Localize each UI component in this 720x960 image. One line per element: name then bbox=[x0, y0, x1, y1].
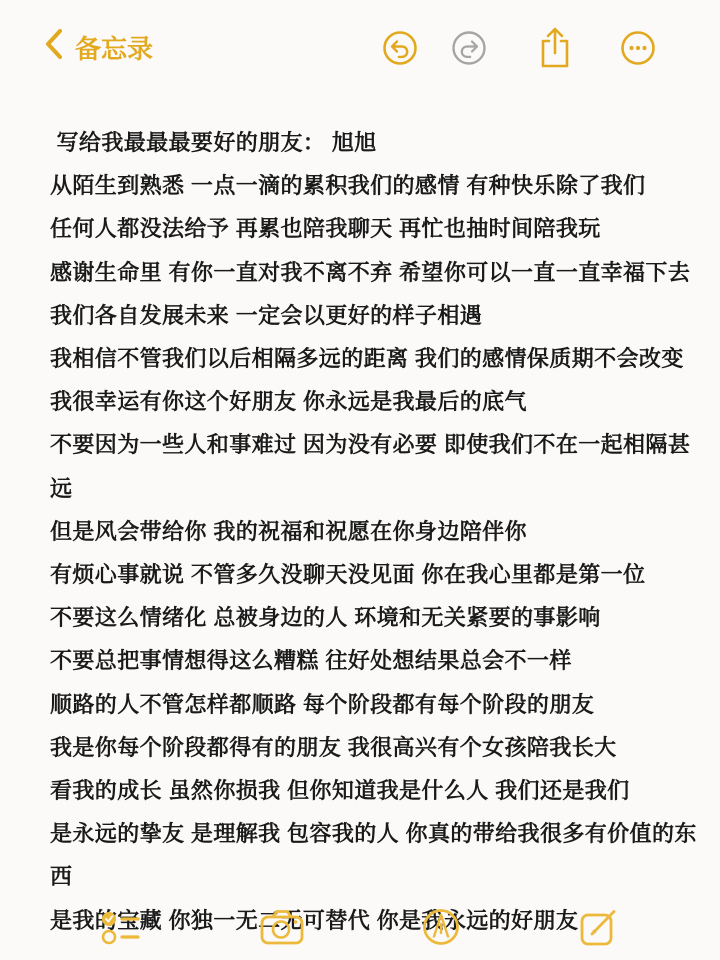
note-line: 不要总把事情想得这么糟糕 往好处想结果总会不一样 bbox=[50, 639, 712, 682]
note-line: 任何人都没法给予 再累也陪我聊天 再忙也抽时间陪我玩 bbox=[50, 207, 712, 250]
nav-bar: 备忘录 bbox=[0, 0, 720, 96]
undo-button[interactable] bbox=[381, 29, 419, 67]
note-line: 从陌生到熟悉 一点一滴的累积我们的感情 有种快乐除了我们 bbox=[50, 164, 712, 207]
note-title-line: 写给我最最最要好的朋友： 旭旭 bbox=[50, 121, 712, 164]
note-line: 不要因为一些人和事难过 因为没有必要 即使我们不在一起相隔甚远 bbox=[50, 423, 712, 509]
checklist-button[interactable] bbox=[100, 908, 142, 946]
share-icon bbox=[537, 26, 575, 70]
chevron-left-icon bbox=[44, 28, 63, 67]
camera-icon bbox=[259, 908, 305, 946]
note-line: 我们各自发展未来 一定会以更好的样子相遇 bbox=[50, 294, 712, 337]
camera-button[interactable] bbox=[259, 908, 305, 946]
bottom-toolbar bbox=[0, 894, 720, 960]
note-line: 看我的成长 虽然你损我 但你知道我是什么人 我们还是我们 bbox=[50, 769, 712, 812]
undo-icon bbox=[381, 29, 419, 67]
redo-button[interactable] bbox=[450, 29, 488, 67]
note-line: 我很幸运有你这个好朋友 你永远是我最后的底气 bbox=[50, 380, 712, 423]
note-line: 但是风会带给你 我的祝福和祝愿在你身边陪伴你 bbox=[50, 510, 712, 553]
note-line: 顺路的人不管怎样都顺路 每个阶段都有每个阶段的朋友 bbox=[50, 683, 712, 726]
note-text-area[interactable]: 写给我最最最要好的朋友： 旭旭 从陌生到熟悉 一点一滴的累积我们的感情 有种快乐… bbox=[0, 121, 720, 942]
more-ellipsis-icon bbox=[619, 29, 657, 67]
share-button[interactable] bbox=[537, 26, 575, 64]
compose-icon bbox=[578, 906, 620, 948]
markup-button[interactable] bbox=[421, 907, 461, 947]
note-line: 我是你每个阶段都得有的朋友 我很高兴有个女孩陪我长大 bbox=[50, 726, 712, 769]
note-line: 不要这么情绪化 总被身边的人 环境和无关紧要的事影响 bbox=[50, 596, 712, 639]
back-button[interactable]: 备忘录 bbox=[44, 28, 153, 67]
note-line: 有烦心事就说 不管多久没聊天没见面 你在我心里都是第一位 bbox=[50, 553, 712, 596]
markup-pen-icon bbox=[421, 907, 461, 947]
redo-icon bbox=[450, 29, 488, 67]
more-options-button[interactable] bbox=[619, 29, 657, 67]
checklist-icon bbox=[100, 908, 142, 946]
note-line: 感谢生命里 有你一直对我不离不弃 希望你可以一直一直幸福下去 bbox=[50, 251, 712, 294]
back-label: 备忘录 bbox=[75, 29, 153, 66]
compose-button[interactable] bbox=[578, 906, 620, 948]
note-line: 我相信不管我们以后相隔多远的距离 我们的感情保质期不会改变 bbox=[50, 337, 712, 380]
note-line: 是永远的挚友 是理解我 包容我的人 你真的带给我很多有价值的东西 bbox=[50, 812, 712, 898]
